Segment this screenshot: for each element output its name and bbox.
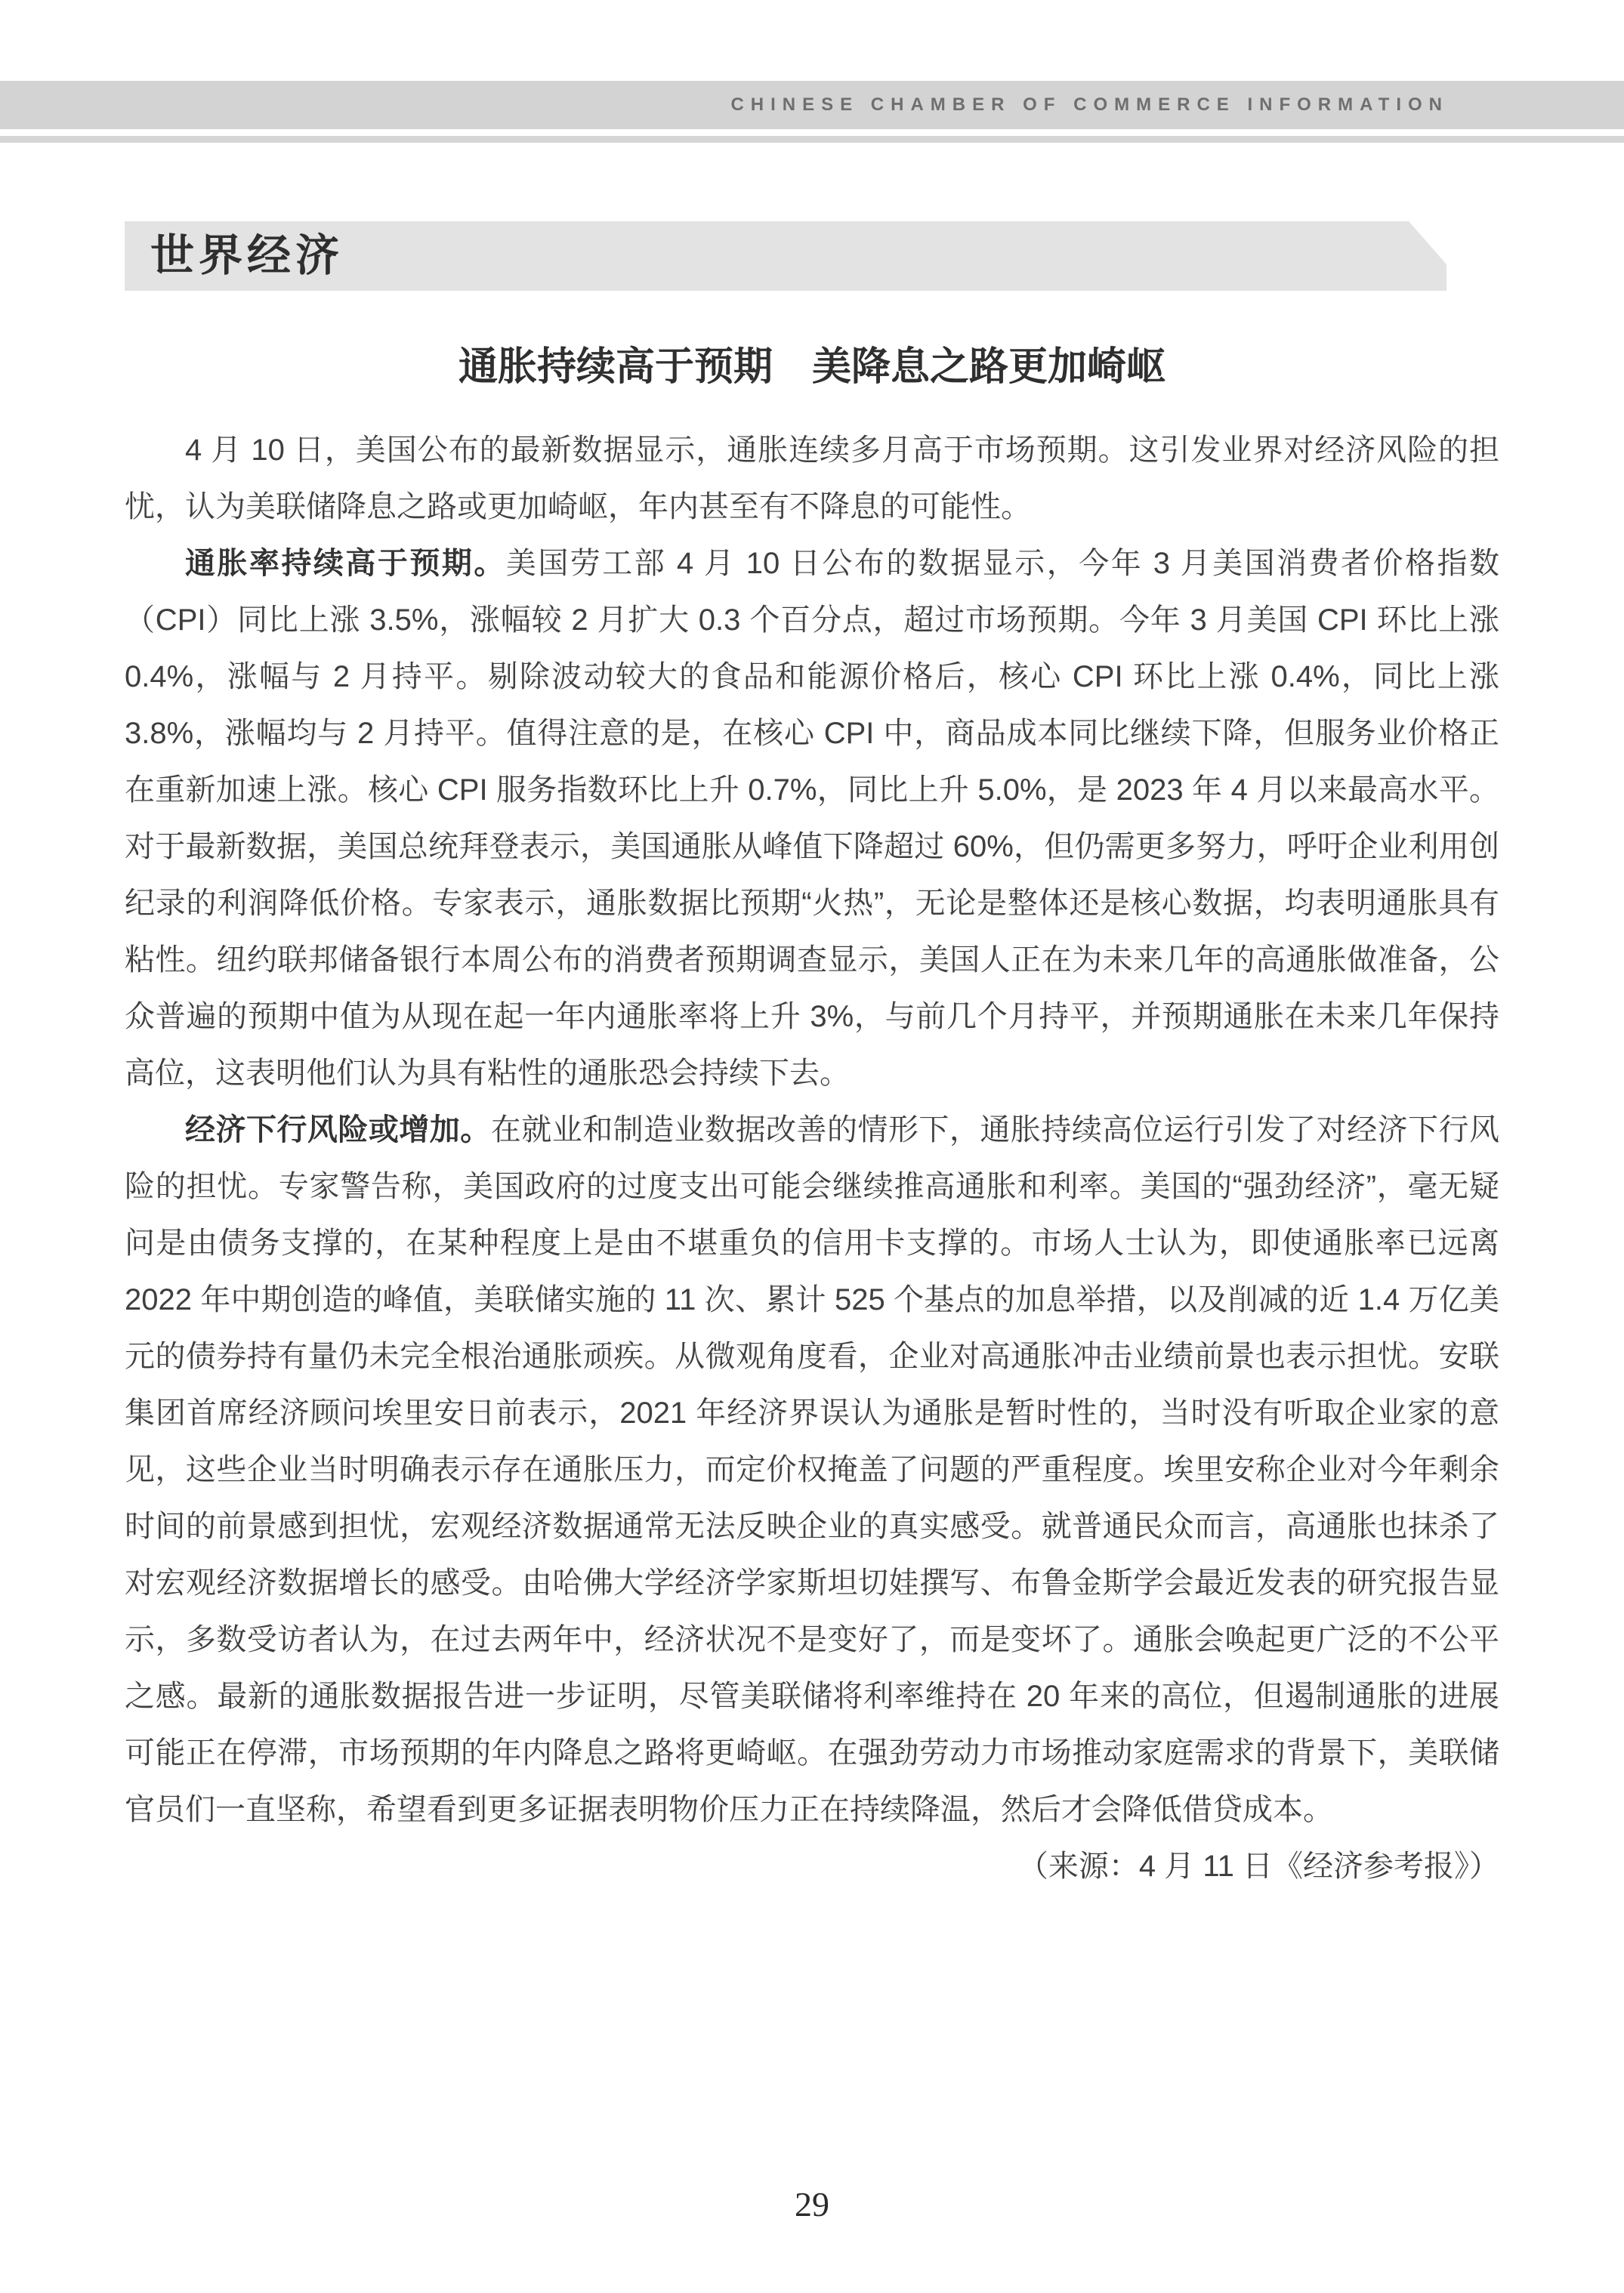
header-banner-text: CHINESE CHAMBER OF COMMERCE INFORMATION bbox=[730, 94, 1449, 116]
paragraph-downside-risk: 经济下行风险或增加。在就业和制造业数据改善的情形下，通胀持续高位运行引发了对经济… bbox=[125, 1102, 1499, 1838]
paragraph-downside-risk-lead: 经济下行风险或增加。 bbox=[185, 1113, 491, 1146]
paragraph-inflation-text: 美国劳工部 4 月 10 日公布的数据显示，今年 3 月美国消费者价格指数（CP… bbox=[125, 547, 1499, 1090]
paragraph-intro: 4 月 10 日，美国公布的最新数据显示，通胀连续多月高于市场预期。这引发业界对… bbox=[125, 422, 1499, 535]
paragraph-downside-risk-text: 在就业和制造业数据改善的情形下，通胀持续高位运行引发了对经济下行风险的担忧。专家… bbox=[125, 1113, 1499, 1826]
paragraph-intro-text: 4 月 10 日，美国公布的最新数据显示，通胀连续多月高于市场预期。这引发业界对… bbox=[125, 434, 1499, 523]
section-title: 世界经济 bbox=[125, 234, 344, 278]
header-banner: CHINESE CHAMBER OF COMMERCE INFORMATION bbox=[0, 81, 1624, 129]
header-banner-divider bbox=[0, 136, 1624, 143]
page-number: 29 bbox=[0, 2184, 1624, 2224]
paragraph-inflation: 通胀率持续高于预期。美国劳工部 4 月 10 日公布的数据显示，今年 3 月美国… bbox=[125, 535, 1499, 1102]
article-body: 通胀持续高于预期 美降息之路更加崎岖 4 月 10 日，美国公布的最新数据显示，… bbox=[125, 344, 1499, 1895]
article-title: 通胀持续高于预期 美降息之路更加崎岖 bbox=[125, 344, 1499, 390]
document-page: CHINESE CHAMBER OF COMMERCE INFORMATION … bbox=[0, 0, 1624, 2293]
section-header-bar: 世界经济 bbox=[125, 221, 1446, 291]
paragraph-inflation-lead: 通胀率持续高于预期。 bbox=[185, 547, 506, 580]
source-attribution: （来源：4 月 11 日《经济参考报》） bbox=[125, 1838, 1499, 1895]
